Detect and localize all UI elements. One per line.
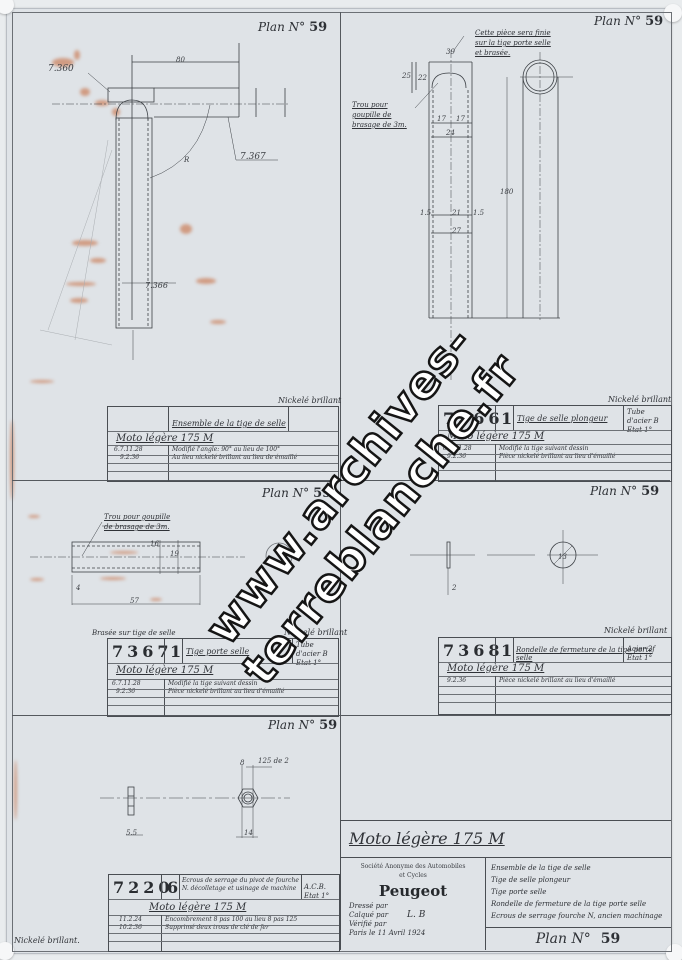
part-description: Ecrous de serrage du pivot de fourche N.… [182, 877, 300, 893]
finish-top-left: Nickelé brillant [278, 396, 341, 405]
part-description: Ensemble de la tige de selle [172, 419, 286, 428]
revision-date: 6.7.11.28 [443, 445, 472, 453]
dim-ref-7366: 7.366 [145, 281, 168, 290]
dim-16: 16 [150, 540, 159, 548]
part-quantity: 6 [167, 878, 178, 897]
parts-list-item: Ensemble de la tige de selle [491, 862, 662, 874]
parts-table-middle-left: 7367 1 Tige porte selle Tube d'acier B E… [107, 638, 339, 717]
finish-middle-right: Nickelé brillant [604, 626, 667, 635]
part-description: Tige de selle plongeur [517, 414, 607, 423]
parts-table-bottom-left: 7220 6 Ecrous de serrage du pivot de fou… [108, 874, 340, 952]
title-parts-list: Ensemble de la tige de selle Tige de sel… [485, 857, 671, 950]
dim-thread: 125 de 2 [258, 757, 289, 765]
note-pin-hole-middle: Trou pour goupille de brasage de 3m. [104, 512, 178, 532]
parts-list-item: Rondelle de fermeture de la tige porte s… [491, 898, 662, 910]
part-description: Tige porte selle [186, 647, 249, 656]
revision-date: 9.2.36 [447, 677, 466, 685]
dim-21: 21 [452, 209, 461, 217]
dim-57: 57 [130, 597, 139, 605]
dim-80: 80 [176, 56, 185, 64]
parts-table-top-left: Ensemble de la tige de selle Moto légère… [107, 406, 339, 482]
dim-ref-7360: 7.360 [48, 64, 74, 74]
dim-2: 2 [452, 584, 456, 592]
title-plan-number: Plan N°59 [485, 927, 671, 950]
title-company-block: Société Anonyme des Automobileset Cycles… [341, 857, 486, 950]
part-model: Moto légère 175 M [116, 665, 213, 676]
part-model: Moto légère 175 M [447, 431, 544, 442]
part-material: Acier 2f Etat 1° [627, 645, 669, 663]
revision-text: Modifié la tige suivant dessin [168, 680, 257, 688]
parts-table-middle-right: 7368 1 Rondelle de fermeture de la tige … [438, 637, 672, 715]
dim-22: 22 [418, 74, 427, 82]
dim-1-5a: 1.5 [420, 209, 431, 217]
dim-13: 13 [558, 553, 567, 561]
note-pin-hole-top: Trou pour goupille de brasage de 3m. [352, 100, 416, 130]
parts-list-item: Ecrous de serrage fourche N, ancien mach… [491, 910, 662, 922]
dim-24: 24 [446, 129, 455, 137]
note-brazing-piece: Cette pièce sera finie sur la tige porte… [475, 28, 555, 58]
caption-brazed: Brasée sur tige de selle [92, 628, 176, 638]
dim-180: 180 [500, 188, 513, 196]
parts-list-item: Tige porte selle [491, 886, 662, 898]
part-model: Moto légère 175 M [116, 433, 213, 444]
part-quantity: 1 [170, 642, 181, 661]
revision-date: 6.7.11.28 [114, 446, 143, 454]
revision-text: Modifié la tige suivant dessin [499, 445, 588, 453]
part-quantity: 1 [501, 409, 512, 428]
drafter-initials: L. B [407, 910, 425, 920]
dim-25: 25 [402, 72, 411, 80]
dim-radius: R [184, 156, 189, 164]
dim-27: 27 [452, 227, 461, 235]
brand-peugeot: Peugeot [341, 882, 485, 900]
dim-1-5b: 1.5 [473, 209, 484, 217]
footer-finish-note: Nickelé brillant. [14, 936, 80, 945]
parts-list-item: Tige de selle plongeur [491, 874, 662, 886]
title-model: Moto légère 175 M [349, 829, 505, 848]
part-quantity: 1 [501, 641, 512, 660]
revision-date: 11.2.24 [119, 916, 142, 924]
dim-4: 4 [76, 584, 80, 592]
dim-8: 8 [240, 759, 244, 767]
revision-text: Modifié l'angle: 90° au lieu de 100° [172, 446, 280, 454]
finish-middle-left: Nickelé brillant [284, 628, 347, 637]
dim-17a: 17 [437, 115, 446, 123]
dim-17b: 17 [456, 115, 465, 123]
dim-14: 14 [244, 829, 253, 837]
parts-table-top-right: 7366 1 Tige de selle plongeur Tube d'aci… [438, 405, 672, 482]
sign-off-labels: Dressé par Calqué par Vérifié par Paris … [349, 902, 425, 938]
part-reference: 7220 [113, 878, 174, 897]
part-model: Moto légère 175 M [149, 902, 246, 913]
part-model: Moto légère 175 M [447, 663, 544, 674]
parts-list: Ensemble de la tige de selle Tige de sel… [491, 862, 662, 922]
revision-text: Encombrement 8 pas 100 au lieu 8 pas 125 [165, 916, 297, 924]
dim-39: 39 [446, 48, 455, 56]
revision-date: 6.7.11.28 [112, 680, 141, 688]
company-name: Société Anonyme des Automobileset Cycles [345, 862, 481, 880]
dim-19: 19 [170, 550, 179, 558]
title-block: Moto légère 175 M Société Anonyme des Au… [340, 820, 671, 949]
dim-5-5: 5.5 [126, 829, 137, 837]
dim-ref-7367: 7.367 [240, 152, 266, 162]
finish-top-right: Nickelé brillant [608, 395, 671, 404]
revision-text: Pièce nickelé brillant au lieu d'émaillé [499, 677, 615, 685]
